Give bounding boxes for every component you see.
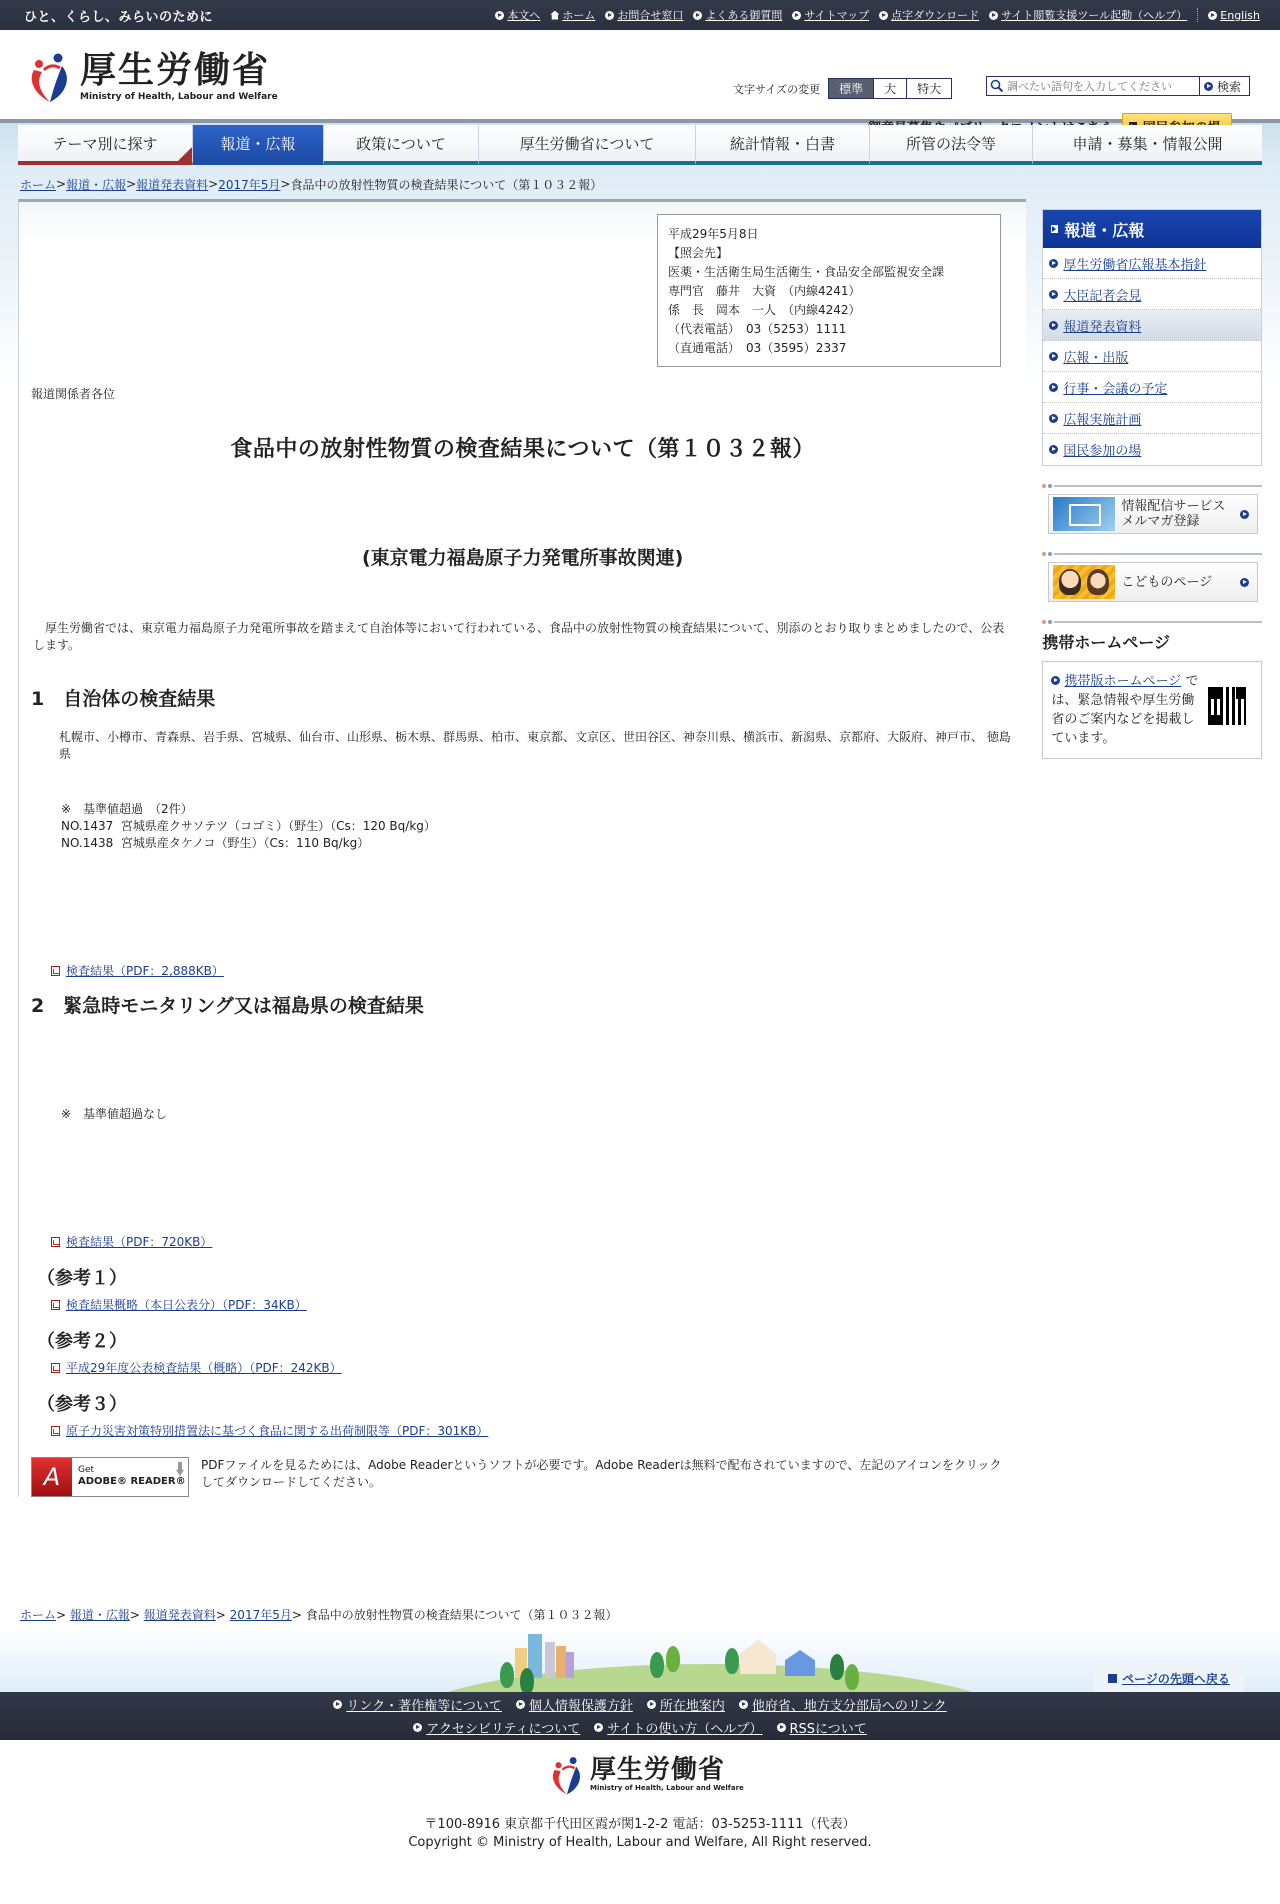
section-1-heading: 1 自治体の検査結果	[31, 684, 1026, 711]
adobe-logo-icon: A	[32, 1458, 72, 1496]
breadcrumb-month[interactable]: 2017年5月	[218, 176, 280, 193]
kids-page-banner[interactable]: こどものページ	[1048, 562, 1258, 602]
utility-link-english[interactable]: English	[1208, 9, 1260, 22]
footer-link-accessibility[interactable]: アクセシビリティについて	[413, 1718, 580, 1737]
search-input[interactable]	[1007, 80, 1187, 93]
pdf-icon	[51, 1426, 60, 1436]
font-size-standard-button[interactable]: 標準	[829, 79, 873, 98]
arrow-circle-icon	[647, 1700, 656, 1709]
arrow-circle-icon	[1240, 510, 1249, 519]
page-body: テーマ別に探す 報道・広報 政策について 厚生労働省について 統計情報・白書 所…	[0, 123, 1280, 1497]
arrow-circle-icon	[1051, 676, 1060, 685]
sidebar: 報道・広報 厚生労働省広報基本指針 大臣記者会見 報道発表資料 広報・出版 行事…	[1042, 199, 1262, 1497]
site-logo[interactable]: 厚生労働省 Ministry of Health, Labour and Wel…	[28, 52, 278, 104]
arrow-circle-icon	[495, 11, 504, 20]
site-header: 厚生労働省 Ministry of Health, Labour and Wel…	[0, 30, 1280, 123]
main-content: 平成29年5月8日 【照会先】 医薬・生活衛生局生活衛生・食品安全部監視安全課 …	[18, 199, 1026, 1497]
arrow-circle-icon	[879, 11, 888, 20]
search-button[interactable]: 検索	[1199, 77, 1249, 95]
sidebar-item-press-releases[interactable]: 報道発表資料	[1043, 310, 1261, 341]
arrow-circle-icon	[1049, 259, 1058, 268]
arrow-circle-icon	[333, 1700, 342, 1709]
utility-link-skip[interactable]: 本文へ	[495, 7, 540, 23]
tagline: ひと、くらし、みらいのために	[24, 6, 213, 25]
utility-link-faq[interactable]: よくある御質問	[693, 7, 782, 23]
arrow-circle-icon	[1204, 82, 1213, 91]
breadcrumb-current: 食品中の放射性物質の検査結果について（第１０３２報）	[306, 1608, 618, 1622]
home-icon	[550, 11, 559, 20]
page-title: 食品中の放射性物質の検査結果について（第１０３２報）	[19, 432, 1026, 463]
pdf-link-reference-2[interactable]: 平成29年度公表検査結果（概略）（PDF：242KB）	[51, 1359, 1026, 1376]
utility-link-braille[interactable]: 点字ダウンロード	[879, 7, 979, 23]
arrow-circle-icon	[1049, 290, 1058, 299]
search-icon	[990, 79, 1004, 93]
mhlw-logo-icon	[28, 52, 72, 104]
page-subtitle: (東京電力福島原子力発電所事故関連)	[19, 543, 1026, 570]
contact-person-2: 係 長 岡本 一人 （内線4242）	[668, 301, 990, 320]
logo-title: 厚生労働省	[80, 52, 278, 90]
footer-link-other-ministries[interactable]: 他府省、地方支分部局へのリンク	[739, 1695, 947, 1714]
section-2-heading: 2 緊急時モニタリング又は福島県の検査結果	[31, 991, 1026, 1018]
mobile-heading: 携帯ホームページ	[1042, 630, 1262, 653]
reference-2-heading: （参考２）	[37, 1327, 1026, 1353]
breadcrumb-bottom: ホーム> 報道・広報> 報道発表資料> 2017年5月> 食品中の放射性物質の検…	[20, 1606, 618, 1623]
nav-about[interactable]: 厚生労働省について	[479, 125, 696, 165]
breadcrumb-releases[interactable]: 報道発表資料	[136, 176, 208, 193]
arrow-circle-icon	[594, 1723, 603, 1732]
kids-illustration-icon	[1053, 565, 1115, 599]
breadcrumb-press[interactable]: 報道・広報	[70, 1608, 130, 1622]
arrow-circle-icon	[1049, 383, 1058, 392]
logo-subtitle: Ministry of Health, Labour and Welfare	[80, 92, 278, 102]
municipality-list: 札幌市、小樽市、青森県、岩手県、宮城県、仙台市、山形県、栃木県、群馬県、柏市、東…	[59, 729, 1012, 763]
utility-links: 本文へ ホーム お問合せ窓口 よくある御質問 サイトマップ 点字ダウンロード サ…	[495, 7, 1260, 23]
mobile-site-link[interactable]: 携帯版ホームページ	[1065, 674, 1182, 689]
utility-link-sitemap[interactable]: サイトマップ	[792, 7, 869, 23]
breadcrumb-home[interactable]: ホーム	[20, 1608, 56, 1622]
top-utility-bar: ひと、くらし、みらいのために 本文へ ホーム お問合せ窓口 よくある御質問 サイ…	[0, 0, 1280, 30]
footer-logo: 厚生労働省 Ministry of Health, Labour and Wel…	[550, 1756, 744, 1796]
footer-link-help[interactable]: サイトの使い方（ヘルプ）	[594, 1718, 762, 1737]
pdf-icon	[51, 966, 60, 976]
back-to-top-button[interactable]: ページの先頭へ戻る	[1094, 1664, 1244, 1692]
get-adobe-reader-button[interactable]: A Get ADOBE® READER®	[31, 1457, 189, 1497]
postal-address: 〒100-8916 東京都千代田区霞が関1-2-2 電話：03-5253-111…	[0, 1816, 1280, 1834]
pdf-icon	[51, 1300, 60, 1310]
footer-link-copyright[interactable]: リンク・著作権等について	[333, 1695, 501, 1714]
copyright: Copyright © Ministry of Health, Labour a…	[0, 1834, 1280, 1852]
contact-box: 平成29年5月8日 【照会先】 医薬・生活衛生局生活衛生・食品安全部監視安全課 …	[657, 214, 1001, 367]
contact-label: 【照会先】	[668, 244, 990, 263]
breadcrumb-releases[interactable]: 報道発表資料	[144, 1608, 216, 1622]
arrow-circle-icon	[792, 11, 801, 20]
breadcrumb: ホーム> 報道・広報> 報道発表資料> 2017年5月> 食品中の放射性物質の検…	[0, 169, 1280, 199]
adobe-reader-notice: A Get ADOBE® READER® PDFファイルを見るためには、Adob…	[31, 1457, 1026, 1497]
site-search: 検索	[986, 76, 1250, 96]
contact-phone-direct: （直通電話） 03（3595）2337	[668, 339, 990, 358]
release-date: 平成29年5月8日	[668, 225, 990, 244]
mobile-site-box: 携帯版ホームページ では、緊急情報や厚生労働省のご案内などを掲載しています。	[1042, 661, 1262, 759]
footer-address: 〒100-8916 東京都千代田区霞が関1-2-2 電話：03-5253-111…	[0, 1816, 1280, 1852]
pdf-icon	[51, 1363, 60, 1373]
pdf-icon	[51, 1237, 60, 1247]
breadcrumb-month[interactable]: 2017年5月	[230, 1608, 292, 1622]
contact-person-1: 専門官 藤井 大資 （内線4241）	[668, 282, 990, 301]
pdf-link-reference-1[interactable]: 検査結果概略（本日公表分）（PDF：34KB）	[51, 1296, 1026, 1313]
arrow-circle-icon	[1049, 414, 1058, 423]
reference-1-heading: （参考１）	[37, 1264, 1026, 1290]
sidebar-item-publications[interactable]: 広報・出版	[1043, 341, 1261, 372]
arrow-circle-icon	[989, 11, 998, 20]
reference-3-heading: （参考３）	[37, 1390, 1026, 1416]
divider	[1197, 8, 1198, 22]
mail-magazine-banner[interactable]: 情報配信サービスメルマガ登録	[1048, 494, 1258, 534]
font-size-switcher: 文字サイズの変更 標準 大 特大	[733, 78, 952, 99]
arrow-circle-icon	[1049, 321, 1058, 330]
arrow-circle-icon	[693, 11, 702, 20]
adobe-reader-text: PDFファイルを見るためには、Adobe Readerというソフトが必要です。A…	[201, 1457, 1011, 1491]
arrow-circle-icon	[413, 1723, 422, 1732]
arrow-circle-icon	[1240, 578, 1249, 587]
arrow-circle-icon	[516, 1700, 525, 1709]
divider	[1042, 484, 1262, 488]
sidebar-item-pr-plan[interactable]: 広報実施計画	[1043, 403, 1261, 434]
lead-paragraph: 厚生労働省では、東京電力福島原子力発電所事故を踏まえて自治体等において行われてい…	[33, 620, 1012, 654]
breadcrumb-home[interactable]: ホーム	[20, 176, 56, 193]
sidebar-heading: 報道・広報	[1043, 210, 1261, 248]
sidebar-nav: 報道・広報 厚生労働省広報基本指針 大臣記者会見 報道発表資料 広報・出版 行事…	[1042, 209, 1262, 466]
contact-phone-main: （代表電話） 03（5253）1111	[668, 320, 990, 339]
font-size-large-button[interactable]: 大	[873, 79, 906, 98]
nav-theme[interactable]: テーマ別に探す	[18, 125, 193, 165]
corner-arrow-icon	[178, 147, 192, 161]
global-nav: テーマ別に探す 報道・広報 政策について 厚生労働省について 統計情報・白書 所…	[0, 123, 1280, 169]
pdf-link-reference-3[interactable]: 原子力災害対策特別措置法に基づく食品に関する出荷制限等（PDF：301KB）	[51, 1422, 1026, 1439]
nav-policy[interactable]: 政策について	[324, 125, 479, 165]
font-size-label: 文字サイズの変更	[733, 81, 820, 97]
nav-press[interactable]: 報道・広報	[193, 125, 324, 165]
utility-link-assist-tool[interactable]: サイト閲覧支援ツール起動（ヘルプ）	[989, 7, 1187, 23]
arrow-circle-icon	[777, 1723, 786, 1732]
sidebar-item-events[interactable]: 行事・会議の予定	[1043, 372, 1261, 403]
arrow-circle-icon	[1049, 352, 1058, 361]
pdf-link-section2[interactable]: 検査結果（PDF：720KB）	[51, 1233, 1026, 1250]
divider	[1042, 552, 1262, 556]
mhlw-logo-icon	[550, 1756, 584, 1796]
sidebar-item-participation[interactable]: 国民参加の場	[1043, 434, 1261, 465]
footer-link-location[interactable]: 所在地案内	[647, 1695, 725, 1714]
arrow-circle-icon	[739, 1700, 748, 1709]
font-size-xlarge-button[interactable]: 特大	[906, 79, 951, 98]
pdf-link-section1[interactable]: 検査結果（PDF：2,888KB）	[51, 962, 1026, 979]
arrow-circle-icon	[605, 11, 614, 20]
breadcrumb-press[interactable]: 報道・広報	[66, 176, 126, 193]
arrow-circle-icon	[1208, 11, 1217, 20]
qr-code-icon	[1207, 686, 1247, 726]
no-exceedance-note: ※ 基準値超過なし	[61, 1106, 1026, 1123]
envelope-icon	[1053, 497, 1115, 531]
footer-link-privacy[interactable]: 個人情報保護方針	[516, 1695, 633, 1714]
exceedance-note: ※ 基準値超過 （2件） NO.1437 宮城県産クサソテツ（コゴミ）（野生）（…	[61, 801, 1026, 852]
footer-link-rss[interactable]: RSSについて	[777, 1718, 867, 1737]
arrow-square-icon	[1051, 225, 1058, 233]
nav-applications[interactable]: 申請・募集・情報公開	[1033, 125, 1262, 165]
sidebar-item-press-conference[interactable]: 大臣記者会見	[1043, 279, 1261, 310]
divider	[1042, 620, 1262, 624]
nav-statistics[interactable]: 統計情報・白書	[696, 125, 870, 165]
footer-nav: リンク・著作権等について 個人情報保護方針 所在地案内 他府省、地方支分部局への…	[0, 1692, 1280, 1740]
arrow-circle-icon	[1049, 445, 1058, 454]
utility-link-contact[interactable]: お問合せ窓口	[605, 7, 683, 23]
utility-link-home[interactable]: ホーム	[550, 7, 595, 23]
nav-laws[interactable]: 所管の法令等	[870, 125, 1033, 165]
contact-department: 医薬・生活衛生局生活衛生・食品安全部監視安全課	[668, 263, 990, 282]
breadcrumb-current: 食品中の放射性物質の検査結果について（第１０３２報）	[290, 176, 602, 193]
arrow-up-icon	[1108, 1674, 1117, 1683]
addressee: 報道関係者各位	[31, 385, 1026, 402]
sidebar-item-pr-policy[interactable]: 厚生労働省広報基本指針	[1043, 248, 1261, 279]
footer-illustration	[0, 1628, 1280, 1692]
